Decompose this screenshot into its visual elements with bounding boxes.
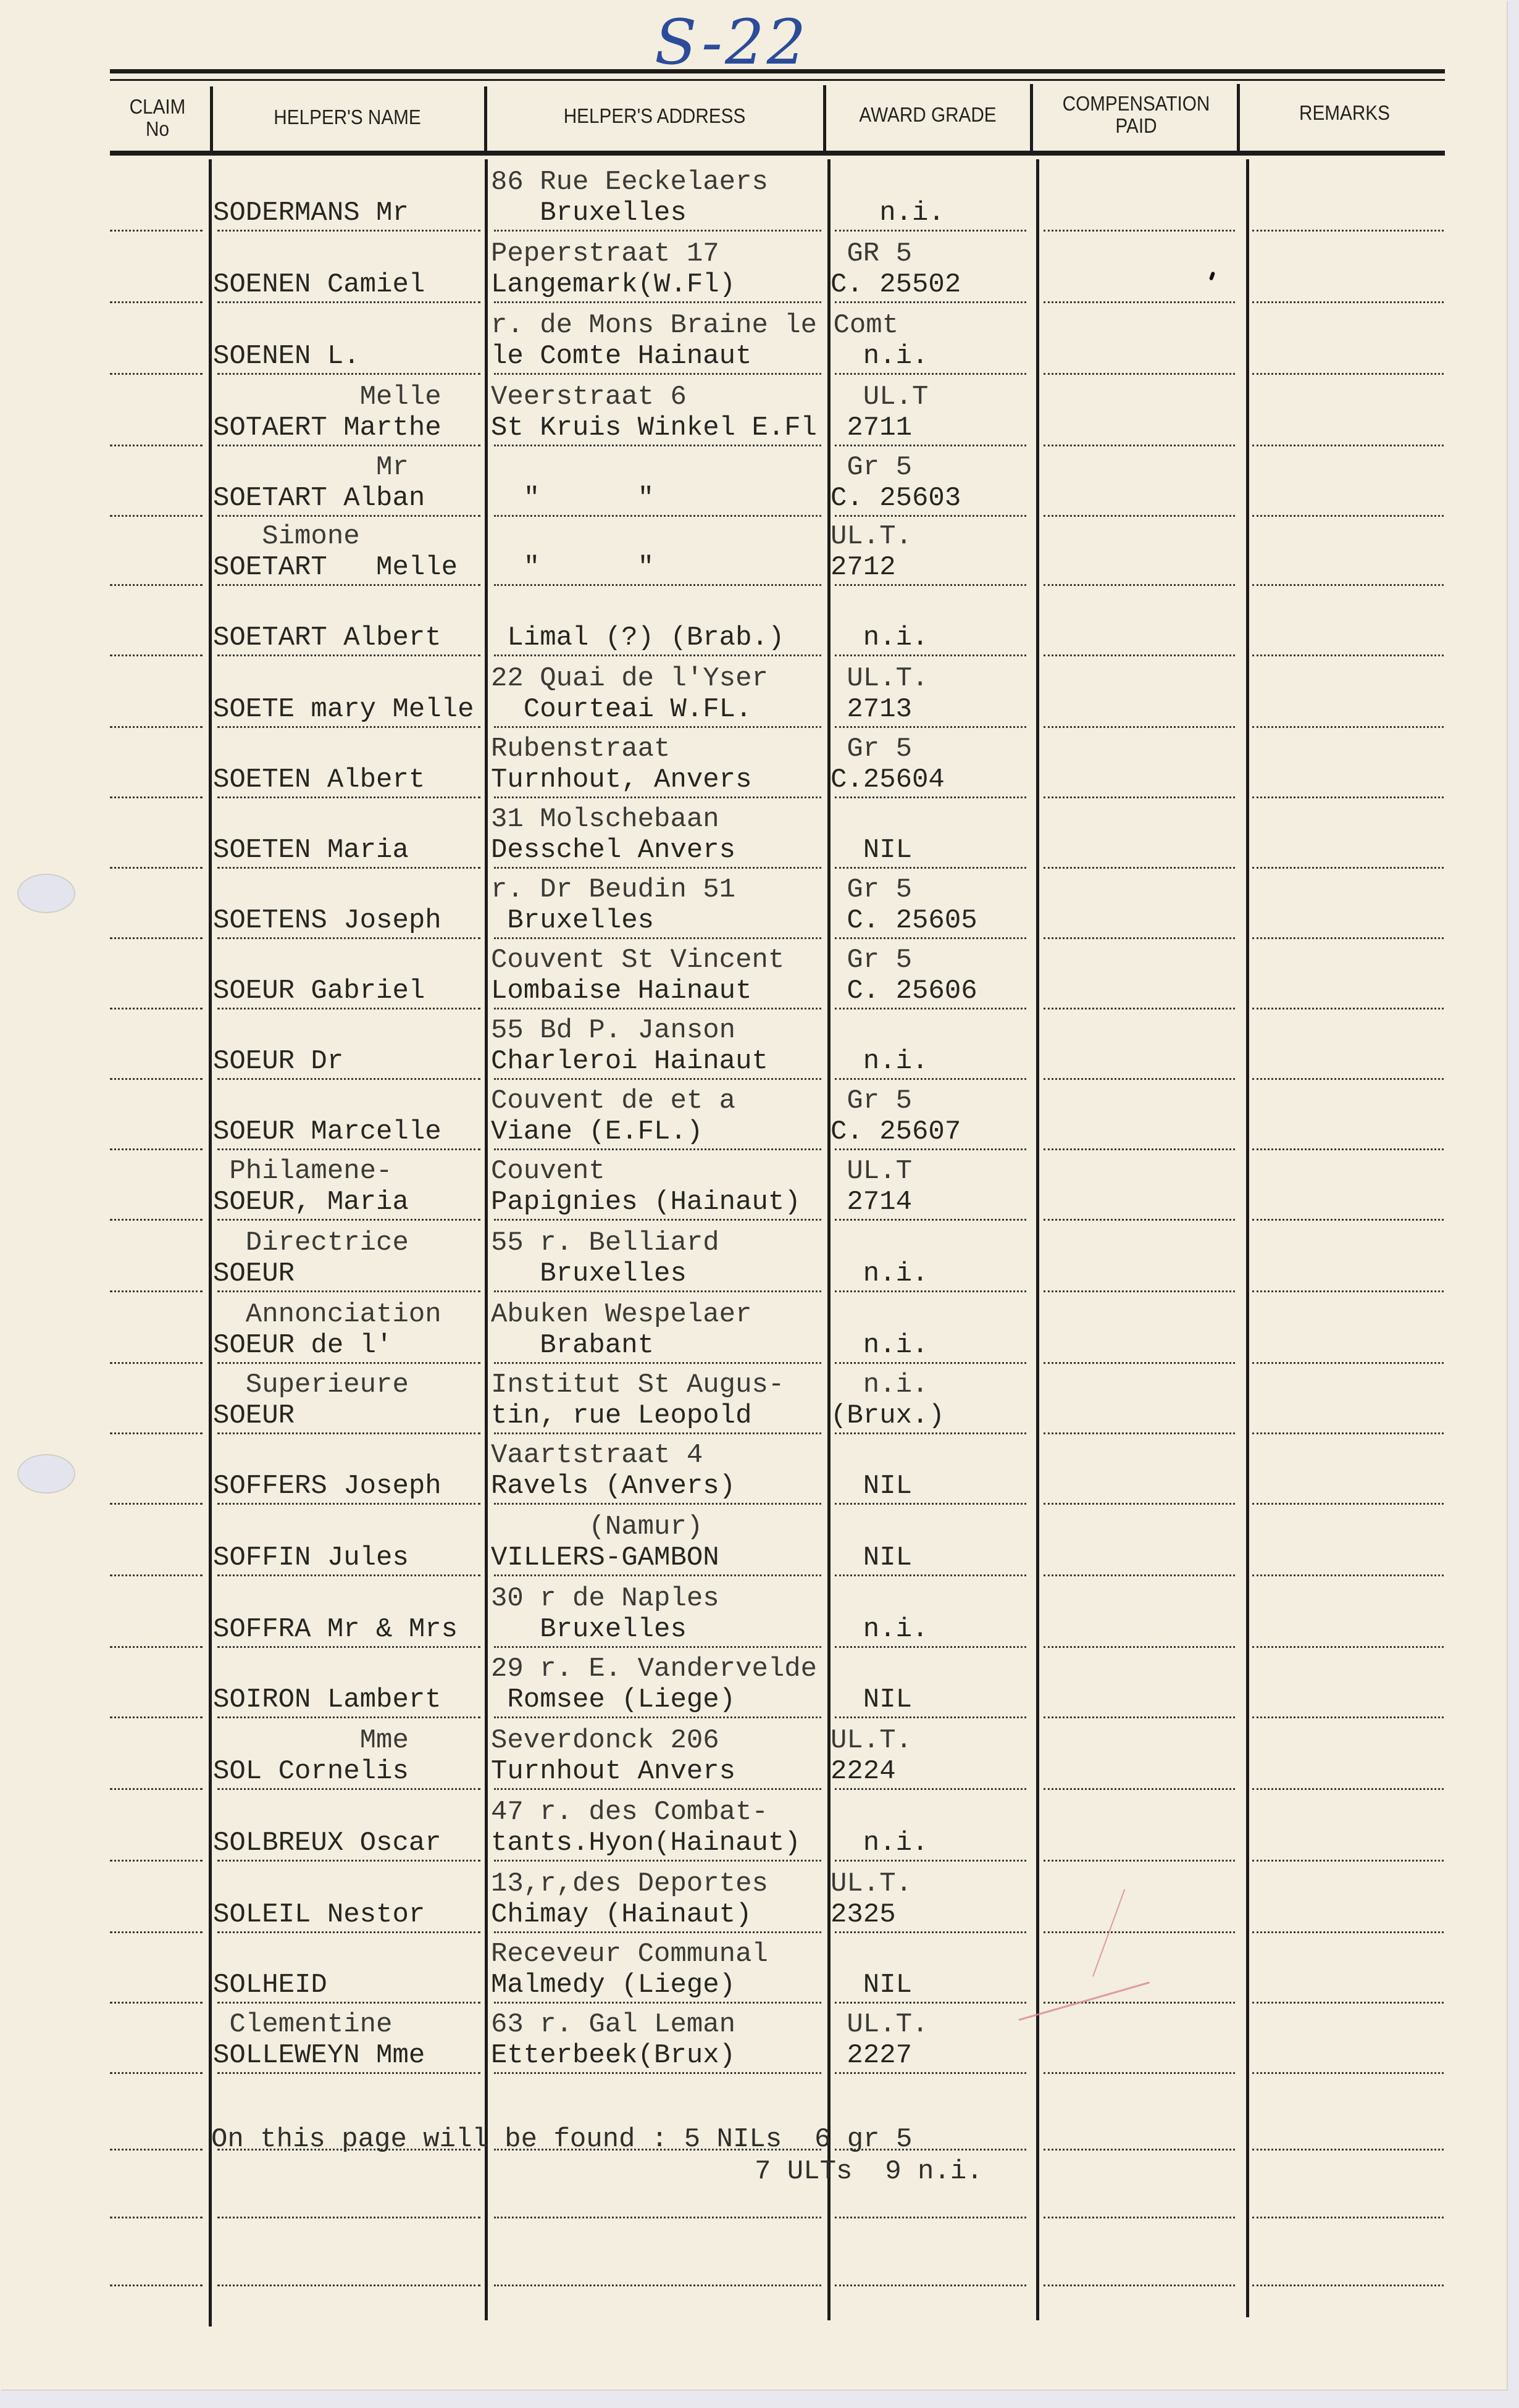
row-divider [1044,1574,1235,1576]
header-helpers-address: HELPER'S ADDRESS [504,105,805,127]
row-divider [835,726,1026,728]
row-divider [1252,2002,1444,2004]
helper-address-line-1: Veerstraat 6 [491,382,687,412]
row-divider [1252,1646,1444,1648]
row-divider [110,1290,203,1292]
row-divider [110,373,203,375]
award-grade-line-1: Gr 5 [831,452,912,483]
row-divider [494,1148,821,1150]
row-divider [217,1574,480,1576]
row-divider [1044,1219,1235,1221]
row-divider [1044,445,1235,446]
helper-name-prefix: Philamene- [213,1156,392,1187]
helper-address-line-2: " " [491,552,654,583]
row-divider [1252,1078,1444,1080]
row-divider [110,1432,203,1434]
award-grade-line-2: 2325 [831,1899,896,1930]
row-divider [494,1574,821,1576]
row-divider [1044,1362,1235,1364]
helper-address-line-1: 55 Bd P. Janson [491,1015,735,1046]
row-divider [494,2285,821,2286]
award-grade-line-2: n.i. [831,1258,928,1289]
row-divider [494,1432,821,1434]
award-grade-line-1: Gr 5 [831,1085,912,1116]
row-divider [110,1148,203,1150]
header-compensation-paid: COMPENSATION PAID [1045,93,1228,137]
row-divider [110,726,203,728]
helper-address-line-2: VILLERS-GAMBON [491,1542,719,1573]
helper-name: SOLHEID [213,1970,327,2000]
row-divider [1044,1788,1235,1790]
row-divider [494,515,821,517]
award-grade-line-2: C. 25606 [831,976,977,1006]
row-divider [1252,1503,1444,1505]
award-grade-line-2: 2714 [831,1187,912,1218]
row-divider [835,1432,1026,1434]
row-divider [110,937,203,939]
row-divider [110,1860,203,1862]
helper-name: SOENEN Camiel [213,269,425,300]
helper-address-line-2: Bruxelles [491,1258,687,1289]
row-divider [1044,2285,1235,2286]
row-divider [1044,373,1235,375]
row-divider [1252,1148,1444,1150]
helper-address-line-2: Brabant [491,1330,654,1361]
row-divider [494,796,821,798]
award-grade-line-1: Gr 5 [831,945,912,976]
helper-address-line-1: Rubenstraat [491,734,670,764]
summary-line-1: On this page will be found : 5 NILs 6 gr… [211,2124,912,2155]
row-divider [494,2072,821,2074]
row-divider [110,515,203,517]
helper-address-line-1: Peperstraat 17 [491,238,719,269]
row-divider [1044,1503,1235,1505]
row-divider [217,796,480,798]
helper-name: SOFFRA Mr & Mrs [213,1614,458,1645]
helper-address-line-2: tin, rue Leopold [491,1400,751,1431]
row-divider [1252,2072,1444,2074]
row-divider [110,2072,203,2074]
award-grade-line-1: UL.T. [831,2009,928,2040]
award-grade-line-1: Gr 5 [831,874,912,905]
row-divider [110,301,203,303]
row-divider [835,301,1026,303]
header-divider [210,86,213,151]
row-divider [835,1860,1026,1862]
helper-address-line-2: Turnhout Anvers [491,1756,735,1787]
helper-address-line-2: Bruxelles [491,198,687,228]
row-divider [110,1008,203,1010]
helper-name: SOIRON Lambert [213,1684,441,1715]
helper-address-line-1: Vaartstraat 4 [491,1440,703,1471]
header-divider [1237,84,1240,151]
award-grade-line-2: n.i. [831,198,945,228]
header-claim-no: CLAIM No [116,96,199,140]
row-divider [1252,1008,1444,1010]
row-divider [494,2002,821,2004]
row-divider [835,445,1026,446]
award-grade-line-2: NIL [831,1471,912,1502]
helper-address-line-1: 86 Rue Eeckelaers [491,167,768,198]
helper-address-line-1: r. de Mons Braine le Comt [491,310,898,341]
row-divider [1044,2149,1235,2151]
row-divider [1044,1078,1235,1080]
helper-name-prefix: Superieure [213,1369,409,1400]
helper-address-line-2: le Comte Hainaut [491,341,751,372]
helper-name: SOEUR [213,1400,295,1431]
row-divider [1252,654,1444,656]
row-divider [1252,1219,1444,1221]
row-divider [110,867,203,869]
award-grade-line-2: 2713 [831,694,912,725]
row-divider [217,2072,480,2074]
award-grade-line-2: 2711 [831,412,912,443]
row-divider [110,1078,203,1080]
helper-name-prefix: Annonciation [213,1299,441,1330]
row-divider [110,1574,203,1576]
award-grade-line-2: n.i. [831,622,928,653]
helper-name: SOLEIL Nestor [213,1899,425,1930]
award-grade-line-1: UL.T. [831,1725,912,1756]
row-divider [217,373,480,375]
row-divider [1252,726,1444,728]
row-divider [1044,301,1235,303]
helper-address-line-2: Limal (?) (Brab.) [491,622,784,653]
helper-address-line-1: 29 r. E. Vandervelde [491,1653,817,1684]
row-divider [1252,445,1444,446]
row-divider [1252,515,1444,517]
helper-name: SOETART Alban [213,483,425,514]
row-divider [1044,654,1235,656]
award-grade-line-2: C. 25607 [831,1116,961,1147]
header-divider [484,86,487,151]
row-divider [494,1931,821,1933]
row-divider [1044,726,1235,728]
helper-address-line-2: Romsee (Liege) [491,1684,735,1715]
row-divider [1044,1290,1235,1292]
helper-name: SOETEN Maria [213,835,409,866]
row-divider [1252,301,1444,303]
helper-name: SOEUR Dr [213,1046,343,1077]
row-divider [835,1788,1026,1790]
helper-name: SODERMANS Mr [213,198,409,228]
helper-address-line-2: tants.Hyon(Hainaut) [491,1828,801,1858]
helper-name: SOETART Melle [213,552,458,583]
row-divider [110,230,203,232]
row-divider [110,1362,203,1364]
header-top-rule [110,69,1445,73]
row-divider [494,373,821,375]
helper-address-line-2: St Kruis Winkel E.Fl [491,412,817,443]
helper-name: SOENEN L. [213,341,360,372]
row-divider [835,1646,1026,1648]
helper-name-prefix: Clementine [213,2009,392,2040]
helper-name-prefix: Mme [213,1725,409,1756]
row-divider [1252,1860,1444,1862]
helper-address-line-1: 63 r. Gal Leman [491,2009,735,2040]
row-divider [1252,1931,1444,1933]
row-divider [835,654,1026,656]
helper-name: SOFFERS Joseph [213,1471,441,1502]
row-divider [217,1860,480,1862]
row-divider [110,1788,203,1790]
row-divider [1044,2217,1235,2218]
award-grade-line-1: UL.T. [831,521,912,552]
row-divider [1044,1008,1235,1010]
row-divider [835,2217,1026,2218]
helper-name: SOEUR, Maria [213,1187,409,1218]
row-divider [1044,2072,1235,2074]
helper-address-line-1: Abuken Wespelaer [491,1299,751,1330]
row-divider [217,584,480,586]
row-divider [110,445,203,446]
row-divider [217,1432,480,1434]
punch-hole-bottom [17,1454,75,1494]
row-divider [1044,867,1235,869]
row-divider [217,1078,480,1080]
header-award-grade: AWARD GRADE [837,104,1018,126]
helper-name: SOEUR de l' [213,1330,392,1361]
row-divider [835,373,1026,375]
row-divider [217,1716,480,1718]
row-divider [494,301,821,303]
award-grade-line-2: (Brux.) [831,1400,945,1431]
header-divider [823,85,826,151]
row-divider [835,1290,1026,1292]
helper-address-line-1: Couvent de et a [491,1085,735,1116]
helper-address-line-2: Langemark(W.Fl) [491,269,735,300]
helper-address-line-1: 31 Molschebaan [491,804,719,835]
award-grade-line-2: n.i. [831,341,928,372]
row-divider [217,1788,480,1790]
helper-name: SOETEN Albert [213,764,425,795]
row-divider [1252,230,1444,232]
page-mark: S-22 [655,6,808,78]
award-grade-line-2: n.i. [831,1330,928,1361]
helper-name: SOLLEWEYN Mme [213,2040,425,2071]
row-divider [494,867,821,869]
row-divider [1252,373,1444,375]
award-grade-line-2: 2712 [831,552,896,583]
helper-address-line-1: (Namur) [491,1511,703,1542]
helper-address-line-2: " " [491,483,654,514]
row-divider [110,1716,203,1718]
award-grade-line-2: C. 25502 [831,269,961,300]
row-divider [1044,1860,1235,1862]
row-divider [1252,937,1444,939]
header-bottom-rule [110,151,1445,156]
row-divider [217,230,480,232]
row-divider [835,1362,1026,1364]
helper-address-line-2: Lombaise Hainaut [491,976,751,1006]
helper-name: SOLBREUX Oscar [213,1828,441,1858]
helper-address-line-1: 55 r. Belliard [491,1227,719,1258]
helper-address-line-2: Viane (E.FL.) [491,1116,703,1147]
row-divider [217,301,480,303]
helper-address-line-2: Bruxelles [491,905,654,936]
row-divider [217,1646,480,1648]
row-divider [494,726,821,728]
row-divider [1252,1432,1444,1434]
helper-address-line-1: 13,r,des Deportes [491,1868,768,1899]
helper-address-line-1: 30 r de Naples [491,1583,719,1614]
row-divider [494,1362,821,1364]
row-divider [1044,515,1235,517]
helper-address-line-2: Turnhout, Anvers [491,764,751,795]
award-grade-line-2: n.i. [831,1828,928,1858]
row-divider [217,445,480,446]
row-divider [494,1788,821,1790]
row-divider [835,2002,1026,2004]
award-grade-line-2: C. 25605 [831,905,977,936]
row-divider [494,654,821,656]
row-divider [1044,584,1235,586]
award-grade-line-1: n.i. [831,1369,928,1400]
helper-name: SOL Cornelis [213,1756,409,1787]
row-divider [835,1931,1026,1933]
column-line-compensation [1036,159,1039,2320]
helper-name: SOETART Albert [213,622,441,653]
award-grade-line-2: NIL [831,1970,912,2000]
row-divider [217,1148,480,1150]
row-divider [835,1716,1026,1718]
row-divider [1252,2149,1444,2151]
row-divider [110,1219,203,1221]
row-divider [835,1219,1026,1221]
award-grade-line-1: UL.T [831,382,928,412]
document-page: S-22 CLAIM No HELPER'S NAME HELPER'S ADD… [0,0,1507,2389]
row-divider [1252,1788,1444,1790]
row-divider [494,937,821,939]
row-divider [494,2217,821,2218]
row-divider [1252,1362,1444,1364]
row-divider [835,2285,1026,2286]
row-divider [494,1716,821,1718]
award-grade-line-1: Gr 5 [831,734,912,764]
row-divider [110,2149,203,2151]
row-divider [217,1503,480,1505]
row-divider [1252,867,1444,869]
helper-name: SOEUR Gabriel [213,976,425,1006]
helper-address-line-2: Desschel Anvers [491,835,735,866]
helper-address-line-2: Chimay (Hainaut) [491,1899,751,1930]
row-divider [1252,796,1444,798]
column-line-remarks [1246,159,1249,2317]
row-divider [1252,2217,1444,2218]
award-grade-line-2: NIL [831,1684,912,1715]
award-grade-line-2: NIL [831,835,912,866]
helper-address-line-1: 47 r. des Combat- [491,1797,768,1828]
row-divider [110,2217,203,2218]
row-divider [494,1078,821,1080]
row-divider [1044,1148,1235,1150]
award-grade-line-2: 2224 [831,1756,896,1787]
helper-address-line-2: Courteai W.FL. [491,694,751,725]
column-line-name [209,159,212,2326]
row-divider [494,584,821,586]
helper-name: SOTAERT Marthe [213,412,441,443]
row-divider [1044,937,1235,939]
row-divider [110,796,203,798]
row-divider [1044,1931,1235,1933]
row-divider [217,2217,480,2218]
row-divider [217,726,480,728]
award-grade-line-1: UL.T. [831,663,928,694]
row-divider [217,1290,480,1292]
helper-name: SOEUR Marcelle [213,1116,441,1147]
row-divider [494,1646,821,1648]
helper-address-line-1: Couvent [491,1156,605,1187]
row-divider [217,1008,480,1010]
helper-name-prefix: Simone [213,521,360,552]
row-divider [217,937,480,939]
helper-address-line-2: Etterbeek(Brux) [491,2040,735,2071]
helper-address-line-1: 22 Quai de l'Yser [491,663,768,694]
row-divider [1044,1716,1235,1718]
helper-name: SOETENS Joseph [213,905,441,936]
award-grade-line-2: n.i. [831,1614,928,1645]
row-divider [494,230,821,232]
row-divider [110,1646,203,1648]
row-divider [835,584,1026,586]
row-divider [217,2285,480,2286]
row-divider [494,1008,821,1010]
award-grade-line-1: GR 5 [831,238,912,269]
helper-address-line-1: Receveur Communal [491,1939,768,1970]
ink-speck [1209,271,1215,280]
row-divider [110,2285,203,2286]
row-divider [835,2072,1026,2074]
row-divider [217,1362,480,1364]
row-divider [217,2002,480,2004]
row-divider [835,937,1026,939]
row-divider [1252,584,1444,586]
helper-name: SOEUR [213,1258,295,1289]
row-divider [835,796,1026,798]
award-grade-line-2: C.25604 [831,764,945,795]
award-grade-line-2: 2227 [831,2040,912,2071]
row-divider [1044,796,1235,798]
row-divider [835,230,1026,232]
helper-address-line-2: Charleroi Hainaut [491,1046,768,1077]
row-divider [1044,1432,1235,1434]
helper-address-line-1: Couvent St Vincent [491,945,784,976]
punch-hole-top [17,874,75,913]
helper-address-line-2: Papignies (Hainaut) [491,1187,801,1218]
row-divider [110,1931,203,1933]
row-divider [217,1219,480,1221]
helper-address-line-1: Institut St Augus- [491,1369,784,1400]
row-divider [835,867,1026,869]
helper-address-line-1: Severdonck 206 [491,1725,719,1756]
row-divider [217,867,480,869]
header-divider [1030,84,1033,151]
award-grade-line-2: n.i. [831,1046,928,1077]
row-divider [494,1219,821,1221]
row-divider [217,654,480,656]
row-divider [835,1078,1026,1080]
row-divider [835,1503,1026,1505]
helper-name: SOETE mary Melle [213,694,474,725]
row-divider [835,515,1026,517]
row-divider [1252,1290,1444,1292]
row-divider [494,1290,821,1292]
header-remarks: REMARKS [1254,102,1435,124]
header-helpers-name: HELPER'S NAME [227,106,469,128]
row-divider [1044,1646,1235,1648]
row-divider [835,1008,1026,1010]
row-divider [217,1931,480,1933]
